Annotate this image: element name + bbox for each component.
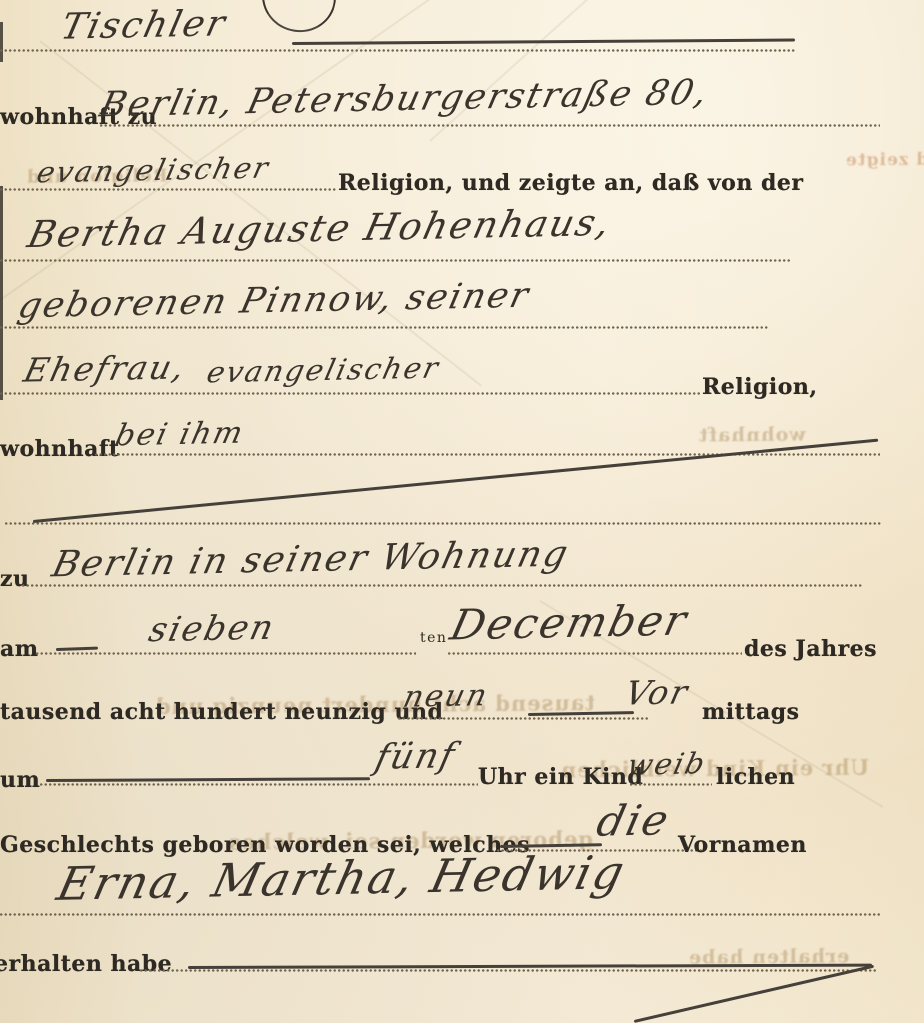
dotted-rule (100, 124, 880, 127)
dotted-rule (140, 969, 878, 972)
scanned-birth-record-page: und zeigte Religion und wohnhaft tausend… (0, 0, 924, 1023)
dotted-rule (0, 392, 700, 395)
ten-suffix-label: ten (420, 630, 447, 646)
scan-edge-artifact (0, 22, 3, 62)
residence-entry: Berlin, Petersburgerstraße 80, (96, 76, 712, 124)
mittags-label: mittags (702, 699, 799, 725)
cancellation-stroke (634, 965, 874, 1023)
dotted-rule (0, 326, 768, 329)
des-jahres-label: des Jahres (744, 636, 877, 662)
mother-name-entry: Bertha Auguste Hohenhaus, (24, 204, 615, 253)
cut-off-pen-loop (255, 0, 344, 40)
dotted-rule (0, 49, 795, 52)
birthplace-entry: Berlin in seiner Wohnung (49, 537, 573, 584)
meridiem-entry: Vor (622, 675, 692, 709)
given-names-entry: Erna, Martha, Hedwig (53, 849, 630, 907)
dotted-rule (0, 913, 880, 916)
zu-label: zu (0, 566, 30, 592)
erhalten-label: erhalten habe (0, 951, 172, 977)
um-label: um (0, 767, 40, 793)
sex-entry: weib (624, 749, 709, 780)
am-label: am (0, 636, 39, 662)
bleedthrough-text: und zeigte (845, 150, 924, 171)
dotted-rule (630, 783, 712, 786)
day-entry: sieben (146, 611, 279, 648)
uhr-kind-label: Uhr ein Kind (478, 764, 643, 790)
bleedthrough-text: wohnhaft (698, 424, 806, 447)
article-entry: die (593, 799, 674, 842)
occupation-entry: Tischler (57, 6, 229, 45)
dotted-rule (36, 652, 416, 655)
religion-announce-label: Religion, und zeigte an, daß von der (338, 170, 803, 196)
pen-dash (56, 647, 98, 651)
mother-birthname-entry: geborenen Pinnow, seiner (15, 279, 533, 325)
hour-entry: fünf (372, 739, 459, 776)
pen-fill-stroke (292, 38, 795, 44)
dotted-rule (0, 259, 792, 262)
scan-edge-artifact (0, 186, 3, 400)
wohnhaft-entry: bei ihm (112, 419, 247, 452)
mother-religion-entry: evangelischer (204, 354, 442, 388)
religion-short-label: Religion, (702, 374, 818, 400)
dotted-rule (5, 522, 882, 525)
dotted-rule (448, 652, 742, 655)
year-label: tausend acht hundert neunzig und (0, 699, 443, 725)
crease-mark (429, 0, 750, 142)
father-religion-entry: evangelischer (34, 154, 272, 188)
wohnhaft-label: wohnhaft (0, 436, 119, 462)
dotted-rule (40, 783, 478, 786)
pen-fill-stroke (46, 777, 370, 781)
year-entry: neun (400, 681, 491, 713)
month-entry: December (447, 600, 692, 647)
dotted-rule (95, 453, 880, 456)
mother-role-entry: Ehefrau, (21, 350, 190, 386)
vornamen-label: Vornamen (678, 832, 807, 858)
dotted-rule (0, 188, 337, 191)
lichen-label: lichen (716, 764, 795, 790)
dotted-rule (22, 584, 862, 587)
dotted-rule (398, 717, 648, 720)
